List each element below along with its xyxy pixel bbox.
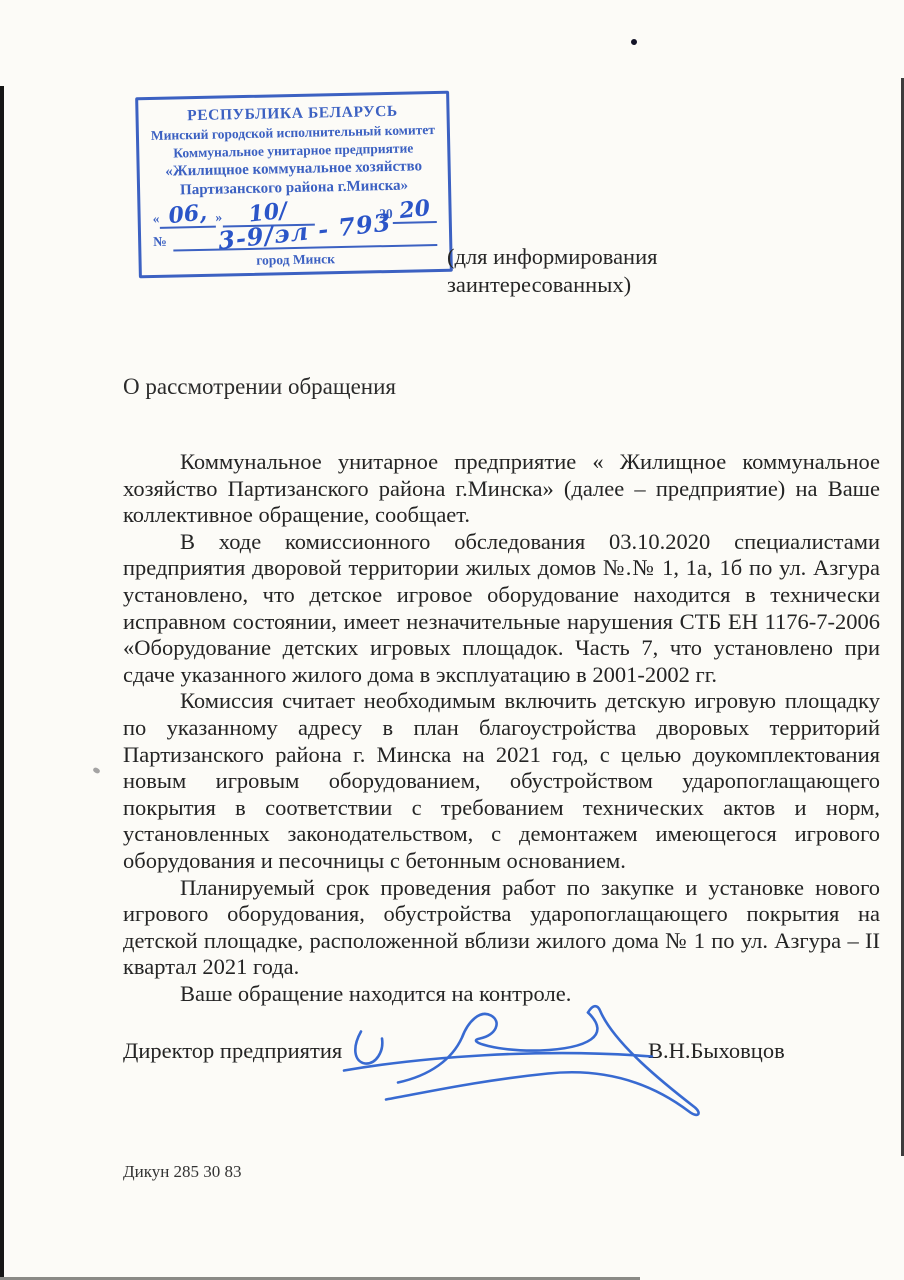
- body-paragraph-2: В ходе комиссионного обследования 03.10.…: [123, 529, 880, 689]
- organization-stamp: РЕСПУБЛИКА БЕЛАРУСЬ Минский городской ис…: [135, 91, 453, 279]
- stamp-number-row: № 3-9/эл - 793: [149, 225, 441, 252]
- stamp-date-year-blank: 20: [392, 203, 436, 224]
- body-paragraph-4: Планируемый срок проведения работ по зак…: [123, 875, 880, 981]
- letter-body: Коммунальное унитарное предприятие « Жил…: [123, 449, 880, 1007]
- scan-edge-left: [0, 86, 4, 1280]
- scan-dot-artifact: [631, 39, 637, 45]
- stamp-date-day-handwritten: 06,: [167, 205, 207, 223]
- executor-contact: Дикун 285 30 83: [123, 1162, 242, 1182]
- addressee-note-line-2: заинтересованных): [447, 271, 658, 299]
- stamp-date-year-handwritten: 20: [398, 201, 430, 218]
- stamp-city: город Минск: [149, 249, 441, 271]
- body-paragraph-1: Коммунальное унитарное предприятие « Жил…: [123, 449, 880, 529]
- addressee-note-line-1: (для информирования: [447, 243, 658, 271]
- addressee-note: (для информирования заинтересованных): [447, 243, 658, 299]
- stamp-number-blank: 3-9/эл - 793: [173, 225, 438, 252]
- letter-subject: О рассмотрении обращения: [123, 374, 396, 400]
- body-paragraph-3: Комиссия считает необходимым включить де…: [123, 688, 880, 874]
- body-paragraph-5: Ваше обращение находится на контроле.: [123, 981, 880, 1008]
- scanned-letter-page: РЕСПУБЛИКА БЕЛАРУСЬ Минский городской ис…: [0, 0, 904, 1280]
- signer-name: В.Н.Быховцов: [648, 1038, 785, 1064]
- stamp-date-day-blank: 06,: [159, 208, 215, 229]
- scan-speck-artifact: [92, 767, 101, 775]
- stamp-number-label: №: [153, 234, 167, 250]
- signer-position: Директор предприятия: [123, 1038, 342, 1064]
